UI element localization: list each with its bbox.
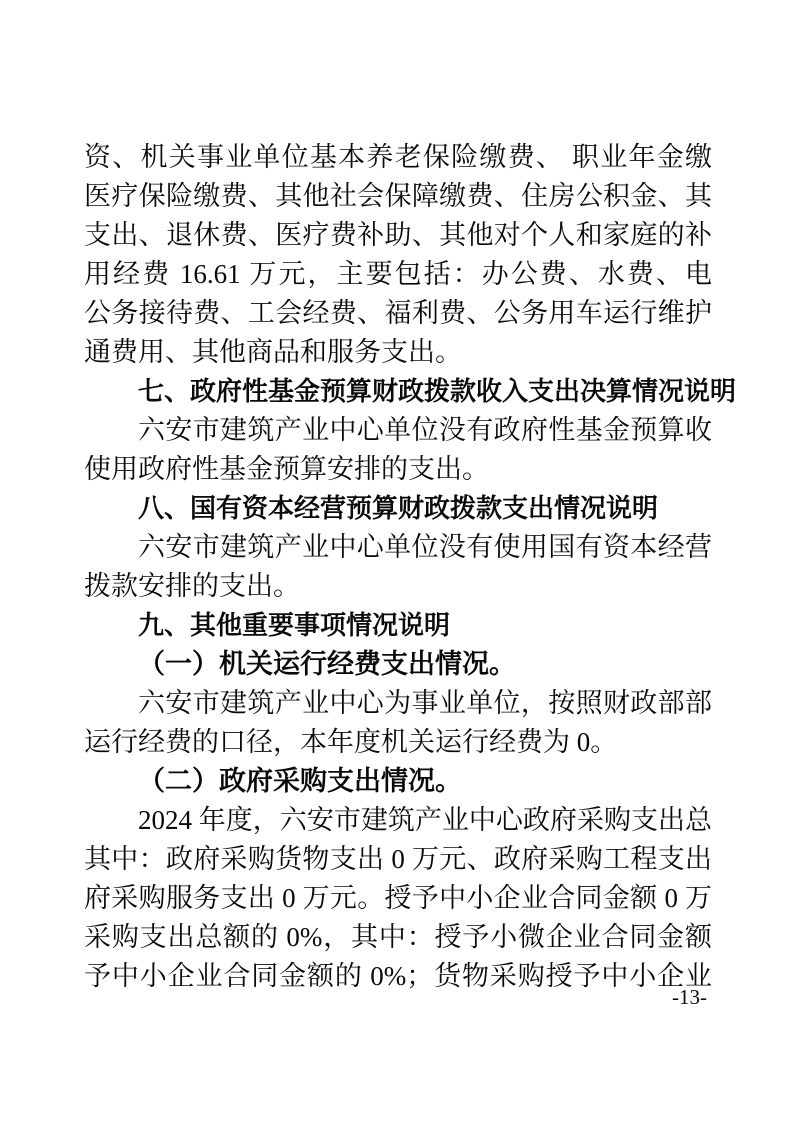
body-line: 公务接待费、工会经费、福利费、公务用车运行维护费、其他交 [84, 294, 712, 333]
body-line: 支出、退休费、医疗费补助、其他对个人和家庭的补助支出；公 [84, 216, 712, 255]
body-line: 使用政府性基金预算安排的支出。 [84, 450, 712, 489]
subsection-heading-9-2: （二）政府采购支出情况。 [84, 762, 712, 801]
section-heading-9: 九、其他重要事项情况说明 [84, 606, 712, 645]
page-number: -13- [0, 984, 707, 1010]
body-line: 2024 年度，六安市建筑产业中心政府采购支出总额 0 万元， [84, 801, 712, 840]
document-page: 资、机关事业单位基本养老保险缴费、 职业年金缴费、职工基本 医疗保险缴费、其他社… [0, 0, 793, 1122]
subsection-heading-9-1: （一）机关运行经费支出情况。 [84, 645, 712, 684]
body-line: 其中：政府采购货物支出 0 万元、政府采购工程支出 0 万元、政 [84, 840, 712, 879]
body-line: 六安市建筑产业中心为事业单位，按照财政部部门决算机关 [84, 684, 712, 723]
body-line: 采购支出总额的 0%，其中：授予小微企业合同金额 0 万元，占授 [84, 918, 712, 957]
body-line: 资、机关事业单位基本养老保险缴费、 职业年金缴费、职工基本 [84, 138, 712, 177]
body-line: 医疗保险缴费、其他社会保障缴费、住房公积金、其他工资福利 [84, 177, 712, 216]
body-line: 六安市建筑产业中心单位没有政府性基金预算收入，也没有 [84, 411, 712, 450]
body-line: 府采购服务支出 0 万元。授予中小企业合同金额 0 万元，占政府 [84, 879, 712, 918]
body-line: 拨款安排的支出。 [84, 567, 712, 606]
section-heading-8: 八、国有资本经营预算财政拨款支出情况说明 [84, 489, 712, 528]
body-line: 通费用、其他商品和服务支出。 [84, 333, 712, 372]
document-body: 资、机关事业单位基本养老保险缴费、 职业年金缴费、职工基本 医疗保险缴费、其他社… [84, 138, 712, 996]
body-line: 六安市建筑产业中心单位没有使用国有资本经营预算财政 [84, 528, 712, 567]
section-heading-7: 七、政府性基金预算财政拨款收入支出决算情况说明 [84, 372, 712, 411]
body-line: 运行经费的口径，本年度机关运行经费为 0。 [84, 723, 712, 762]
body-line: 用经费 16.61 万元，主要包括：办公费、水费、电费、会议费、 [84, 255, 712, 294]
